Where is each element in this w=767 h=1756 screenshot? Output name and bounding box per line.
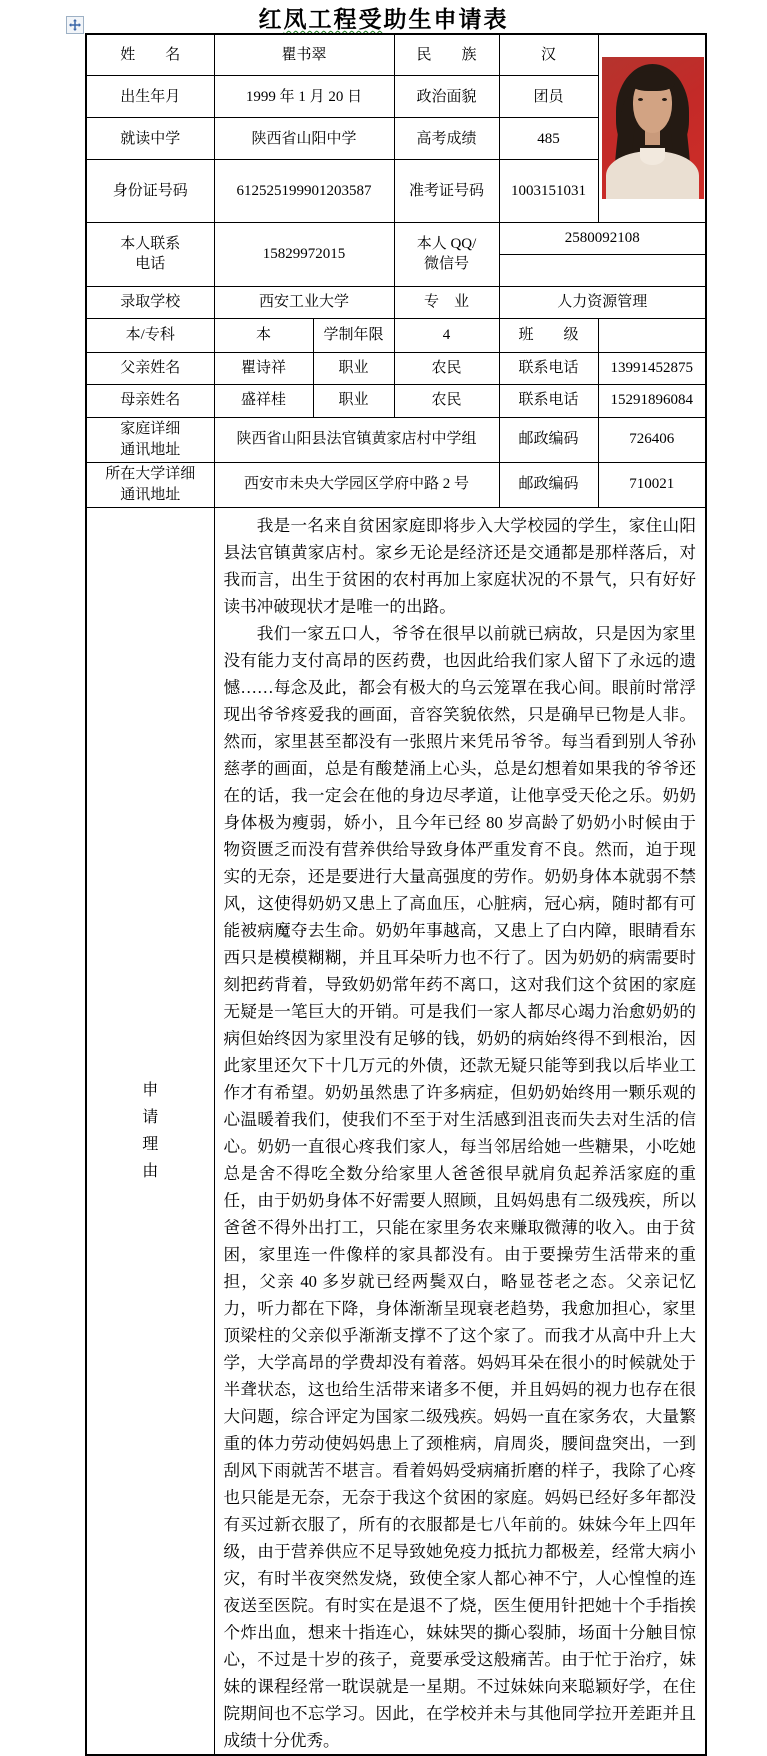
row-father: 父亲姓名 瞿诗祥 职业 农民 联系电话 13991452875 bbox=[86, 352, 706, 384]
mother-job: 农民 bbox=[394, 384, 499, 417]
birth-value: 1999 年 1 月 20 日 bbox=[214, 76, 394, 118]
row-reason: 申 请 理 由 我是一名来自贫困家庭即将步入大学校园的学生，家住山阳县法官镇黄家… bbox=[86, 507, 706, 1755]
title-part: 助生申请表 bbox=[384, 7, 509, 32]
exam-ticket-value: 1003151031 bbox=[499, 160, 598, 222]
degree-type-value: 本 bbox=[214, 318, 313, 352]
reason-content: 我是一名来自贫困家庭即将步入大学校园的学生，家住山阳县法官镇黄家店村。家乡无论是… bbox=[214, 507, 706, 1755]
mother-label: 母亲姓名 bbox=[86, 384, 214, 417]
father-name: 瞿诗祥 bbox=[214, 352, 313, 384]
row-home-address: 家庭详细 通讯地址 陕西省山阳县法官镇黄家店村中学组 邮政编码 726406 bbox=[86, 417, 706, 462]
row-university: 录取学校 西安工业大学 专 业 人力资源管理 bbox=[86, 286, 706, 318]
row-degree: 本/专科 本 学制年限 4 班 级 bbox=[86, 318, 706, 352]
ethnicity-value: 汉 bbox=[499, 34, 598, 76]
study-years-value: 4 bbox=[394, 318, 499, 352]
applicant-photo bbox=[602, 57, 704, 199]
major-label: 专 业 bbox=[394, 286, 499, 318]
admitted-university-value: 西安工业大学 bbox=[214, 286, 394, 318]
gaokao-label: 高考成绩 bbox=[394, 118, 499, 160]
degree-type-label: 本/专科 bbox=[86, 318, 214, 352]
father-tel: 13991452875 bbox=[598, 352, 706, 384]
university-postal-value: 710021 bbox=[598, 462, 706, 507]
mother-job-label: 职业 bbox=[313, 384, 394, 417]
ethnicity-label: 民 族 bbox=[394, 34, 499, 76]
phone-label: 本人联系 电话 bbox=[86, 222, 214, 286]
row-phone-qq-top: 本人联系 电话 15829972015 本人 QQ/ 微信号 258009210… bbox=[86, 222, 706, 254]
photo-collar bbox=[640, 148, 664, 165]
reason-paragraph-1: 我是一名来自贫困家庭即将步入大学校园的学生，家住山阳县法官镇黄家店村。家乡无论是… bbox=[224, 512, 697, 620]
application-form-table: 姓 名 瞿书翠 民 族 汉 出生年月 1999 年 1 月 20 日 政治面貌 … bbox=[85, 33, 707, 1756]
father-job: 农民 bbox=[394, 352, 499, 384]
political-value: 团员 bbox=[499, 76, 598, 118]
reason-label: 申 请 理 由 bbox=[86, 507, 214, 1755]
page-title: 红凤工程受助生申请表 bbox=[0, 1, 767, 34]
highschool-value: 陕西省山阳中学 bbox=[214, 118, 394, 160]
row-mother: 母亲姓名 盛祥桂 职业 农民 联系电话 15291896084 bbox=[86, 384, 706, 417]
home-postal-label: 邮政编码 bbox=[499, 417, 598, 462]
qq-value-2 bbox=[499, 254, 706, 286]
title-part-spellcheck: 凤工程受 bbox=[284, 7, 384, 32]
father-tel-label: 联系电话 bbox=[499, 352, 598, 384]
university-postal-label: 邮政编码 bbox=[499, 462, 598, 507]
home-address-label: 家庭详细 通讯地址 bbox=[86, 417, 214, 462]
major-value: 人力资源管理 bbox=[499, 286, 706, 318]
study-years-label: 学制年限 bbox=[313, 318, 394, 352]
id-label: 身份证号码 bbox=[86, 160, 214, 222]
university-address-label: 所在大学详细 通讯地址 bbox=[86, 462, 214, 507]
father-label: 父亲姓名 bbox=[86, 352, 214, 384]
mother-tel-label: 联系电话 bbox=[499, 384, 598, 417]
id-value: 612525199901203587 bbox=[214, 160, 394, 222]
admitted-university-label: 录取学校 bbox=[86, 286, 214, 318]
reason-paragraph-2: 我们一家五口人，爷爷在很早以前就已病故，只是因为家里没有能力支付高昂的医药费，也… bbox=[224, 620, 697, 1754]
home-postal-value: 726406 bbox=[598, 417, 706, 462]
title-part: 红 bbox=[259, 7, 284, 32]
mother-tel: 15291896084 bbox=[598, 384, 706, 417]
political-label: 政治面貌 bbox=[394, 76, 499, 118]
class-value bbox=[598, 318, 706, 352]
home-address-value: 陕西省山阳县法官镇黄家店村中学组 bbox=[214, 417, 499, 462]
row-university-address: 所在大学详细 通讯地址 西安市未央大学园区学府中路 2 号 邮政编码 71002… bbox=[86, 462, 706, 507]
row-name: 姓 名 瞿书翠 民 族 汉 bbox=[86, 34, 706, 76]
name-value: 瞿书翠 bbox=[214, 34, 394, 76]
photo-fringe bbox=[630, 71, 675, 91]
applicant-photo-cell bbox=[598, 34, 706, 222]
gaokao-value: 485 bbox=[499, 118, 598, 160]
birth-label: 出生年月 bbox=[86, 76, 214, 118]
phone-value: 15829972015 bbox=[214, 222, 394, 286]
name-label: 姓 名 bbox=[86, 34, 214, 76]
document-page: { "title": { "pre": "红", "underlined": "… bbox=[0, 0, 767, 1388]
exam-ticket-label: 准考证号码 bbox=[394, 160, 499, 222]
university-address-value: 西安市未央大学园区学府中路 2 号 bbox=[214, 462, 499, 507]
qq-value: 2580092108 bbox=[499, 222, 706, 254]
qq-label: 本人 QQ/ 微信号 bbox=[394, 222, 499, 286]
father-job-label: 职业 bbox=[313, 352, 394, 384]
class-label: 班 级 bbox=[499, 318, 598, 352]
mother-name: 盛祥桂 bbox=[214, 384, 313, 417]
photo-eyes bbox=[638, 98, 667, 102]
highschool-label: 就读中学 bbox=[86, 118, 214, 160]
